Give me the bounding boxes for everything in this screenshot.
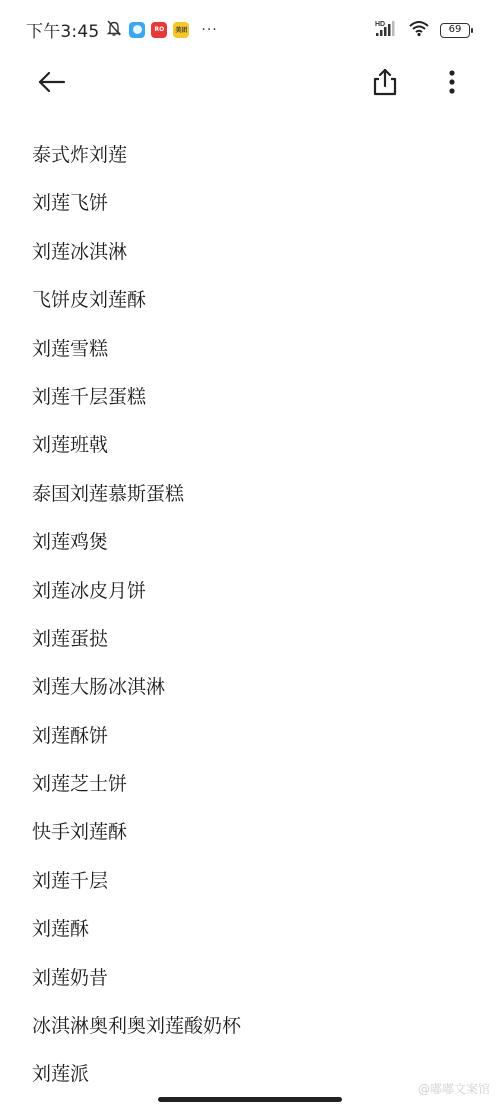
list-item[interactable]: 泰式炸刘莲 [32, 131, 472, 179]
status-left: 下午3:45 RO 美团 ··· [26, 17, 218, 42]
share-button[interactable] [370, 66, 400, 98]
list-item[interactable]: 飞饼皮刘莲酥 [32, 276, 472, 324]
back-arrow-icon [36, 68, 68, 96]
list-item[interactable]: 刘莲大肠冰淇淋 [32, 663, 472, 711]
svg-text:HD: HD [375, 21, 385, 28]
list-item[interactable]: 快手刘莲酥 [32, 808, 472, 856]
more-notifications-icon: ··· [201, 22, 217, 38]
status-bar: 下午3:45 RO 美团 ··· HD [0, 0, 500, 58]
list-item[interactable]: 刘莲雪糕 [32, 325, 472, 373]
red-app-icon: RO [151, 22, 167, 38]
battery-indicator: 69 [440, 23, 470, 38]
status-right: HD 69 [374, 19, 470, 41]
list-item[interactable]: 刘莲派 [32, 1050, 472, 1098]
more-menu-button[interactable] [442, 68, 462, 96]
meituan-app-icon: 美团 [173, 22, 189, 38]
home-indicator[interactable] [158, 1097, 342, 1102]
list-item[interactable]: 刘莲蛋挞 [32, 615, 472, 663]
list-item[interactable]: 刘莲千层 [32, 857, 472, 905]
blue-app-icon [129, 22, 145, 38]
watermark: @嘟嘟文案馆 [418, 1080, 490, 1097]
list-item[interactable]: 冰淇淋奥利奥刘莲酸奶杯 [32, 1002, 472, 1050]
share-icon [370, 66, 400, 98]
list-item[interactable]: 刘莲飞饼 [32, 179, 472, 227]
wifi-icon [408, 19, 430, 41]
list-item[interactable]: 刘莲班戟 [32, 421, 472, 469]
signal-icon: HD [374, 19, 398, 41]
toolbar [0, 58, 500, 108]
mute-bell-icon [105, 19, 123, 41]
list-item[interactable]: 刘莲奶昔 [32, 954, 472, 1002]
back-button[interactable] [36, 68, 68, 96]
list-item[interactable]: 泰国刘莲慕斯蛋糕 [32, 470, 472, 518]
list-item[interactable]: 刘莲酥饼 [32, 712, 472, 760]
list-item[interactable]: 刘莲冰淇淋 [32, 228, 472, 276]
list-item[interactable]: 刘莲冰皮月饼 [32, 567, 472, 615]
list-item[interactable]: 刘莲芝士饼 [32, 760, 472, 808]
dish-list: 泰式炸刘莲 刘莲飞饼 刘莲冰淇淋 飞饼皮刘莲酥 刘莲雪糕 刘莲千层蛋糕 刘莲班戟… [32, 131, 472, 1099]
list-item[interactable]: 刘莲千层蛋糕 [32, 373, 472, 421]
list-item[interactable]: 刘莲酥 [32, 905, 472, 953]
more-vert-icon [442, 68, 462, 96]
list-item[interactable]: 刘莲鸡煲 [32, 518, 472, 566]
status-time: 下午3:45 [26, 17, 99, 42]
